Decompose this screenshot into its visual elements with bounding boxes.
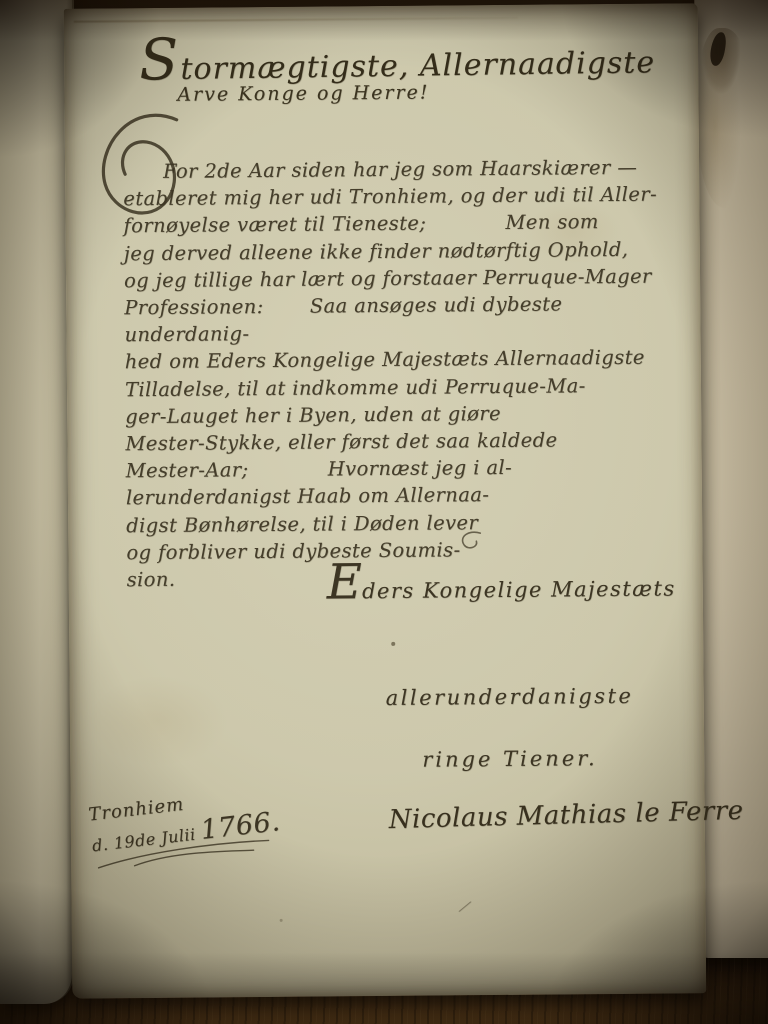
closing-line: Eders Kongelige Majestæts <box>326 551 675 610</box>
body-line: Professionen: Saa ansøges udi dybeste un… <box>124 289 690 348</box>
body-text: For 2de Aar siden har jeg som Haarskiære… <box>123 153 693 593</box>
closing-flourish-curl <box>456 529 486 555</box>
subscription-line-2: ringe Tiener. <box>422 746 598 772</box>
signature: Nicolaus Mathias le Ferre <box>388 796 744 835</box>
heading-line-2: Arve Konge og Herre! <box>0 80 621 108</box>
stray-mark: ⁄ <box>462 897 468 916</box>
subscription-line-1: allerunderdanigste <box>386 684 634 710</box>
photo-frame: Stormægtigste, Allernaadigste Arve Konge… <box>0 0 768 1024</box>
page-fold-crease <box>74 17 518 23</box>
ink-speck <box>391 642 395 646</box>
manuscript-page: Stormægtigste, Allernaadigste Arve Konge… <box>64 3 707 998</box>
ink-speck <box>280 919 283 922</box>
dateline: Tronhiem d. 19de Julii 1766. <box>87 783 283 876</box>
left-page-edge <box>0 0 74 1004</box>
